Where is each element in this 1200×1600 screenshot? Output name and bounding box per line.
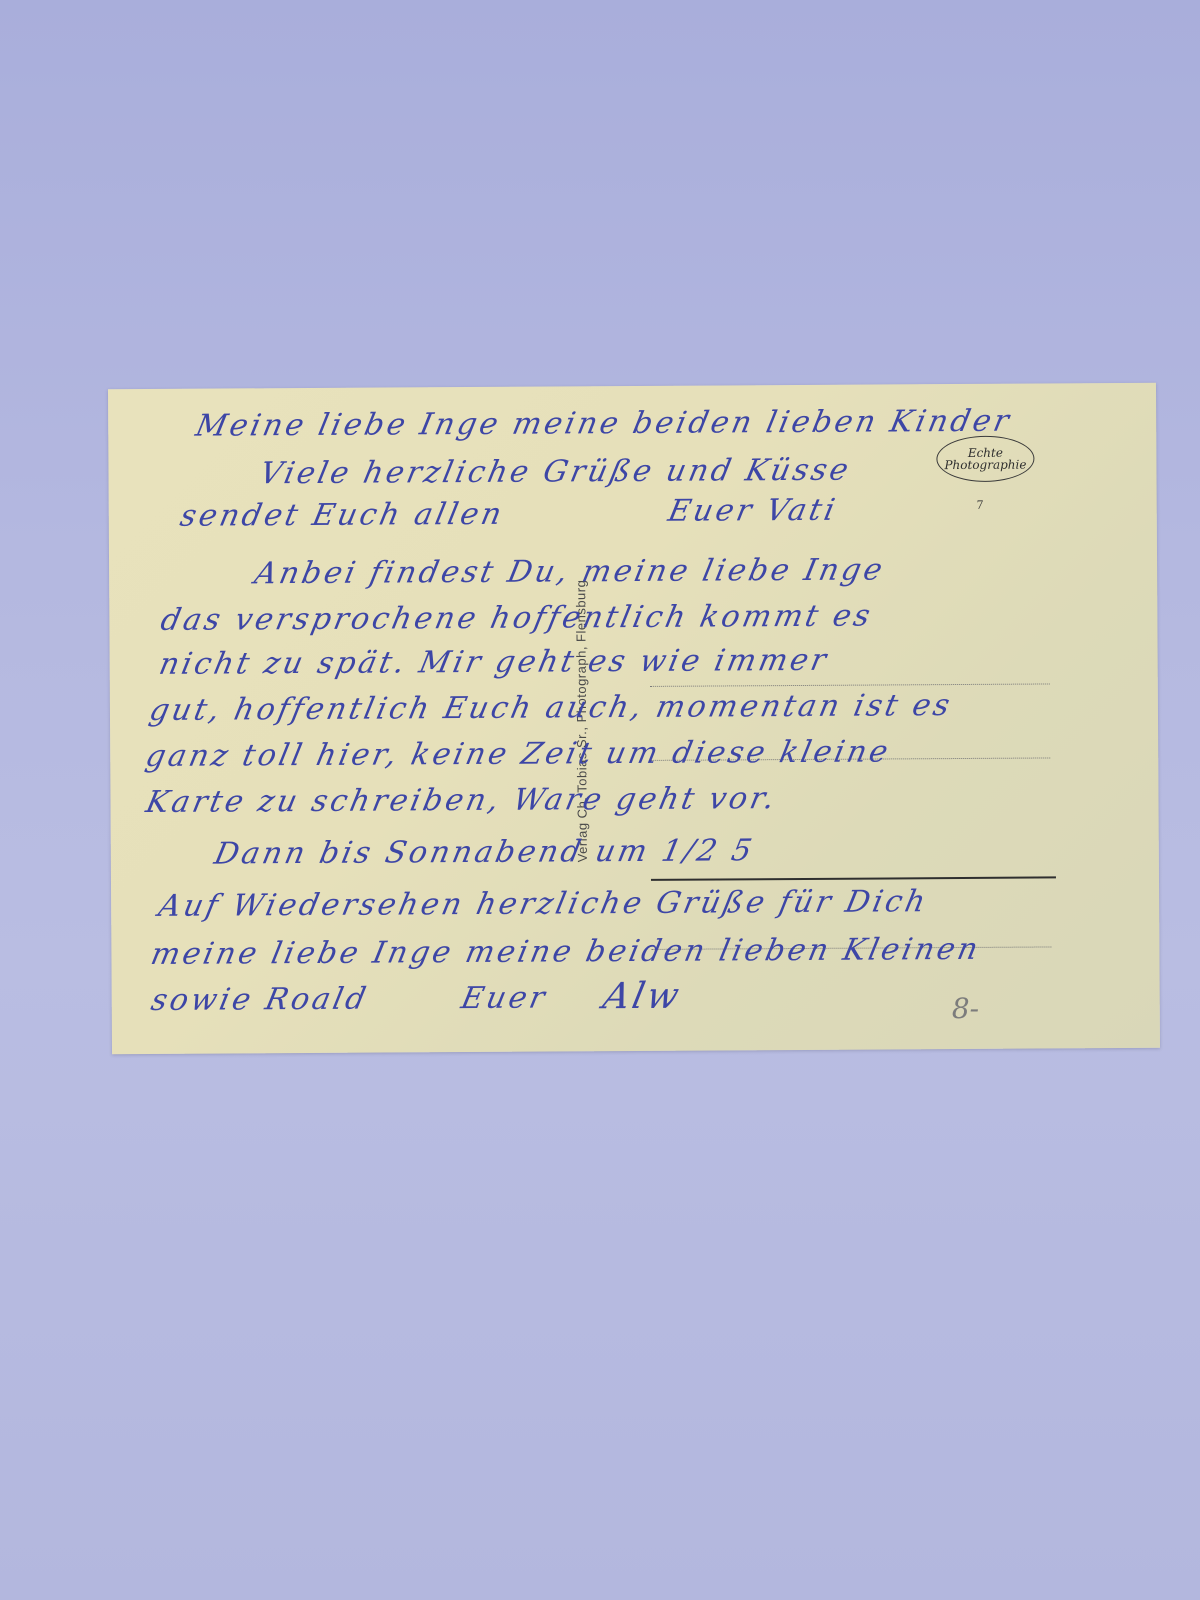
signature: Alw xyxy=(599,976,685,1018)
message-line-11: Dann bis Sonnabend um 1/2 5 xyxy=(211,833,757,871)
message-line-8: gut, hoffentlich Euch auch, momentan ist… xyxy=(146,688,955,728)
postcard: Echte Photographie 7 Verlag Ch. Tobias S… xyxy=(108,383,1160,1054)
message-line-12: Auf Wiedersehen herzliche Grüße für Dich xyxy=(156,884,932,924)
message-line-3: sendet Euch allen xyxy=(177,497,507,534)
message-line-10: Karte zu schreiben, Ware geht vor. xyxy=(143,781,781,820)
address-line-1 xyxy=(650,683,1050,686)
message-line-9: ganz toll hier, keine Zeit um diese klei… xyxy=(143,734,894,774)
message-line-1: Meine liebe Inge meine beiden lieben Kin… xyxy=(193,404,1015,444)
echte-photographie-stamp: Echte Photographie xyxy=(936,436,1034,483)
message-line-14: sowie Roald xyxy=(148,982,372,1018)
stamp-line-2: Photographie xyxy=(944,459,1026,472)
message-line-7: nicht zu spät. Mir geht es wie immer xyxy=(156,643,832,682)
message-line-4: Euer Vati xyxy=(665,493,841,529)
message-line-5: Anbei findest Du, meine liebe Inge xyxy=(251,552,888,591)
message-line-2: Viele herzliche Grüße und Küsse xyxy=(257,453,854,492)
address-line-3 xyxy=(651,876,1056,880)
message-line-6: das versprochene hoffentlich kommt es xyxy=(158,599,876,638)
message-line-13: meine liebe Inge meine beiden lieben Kle… xyxy=(148,932,984,972)
card-number: 7 xyxy=(977,497,984,513)
message-line-15: Euer xyxy=(458,981,551,1017)
pencil-price-note: 8- xyxy=(952,992,979,1025)
